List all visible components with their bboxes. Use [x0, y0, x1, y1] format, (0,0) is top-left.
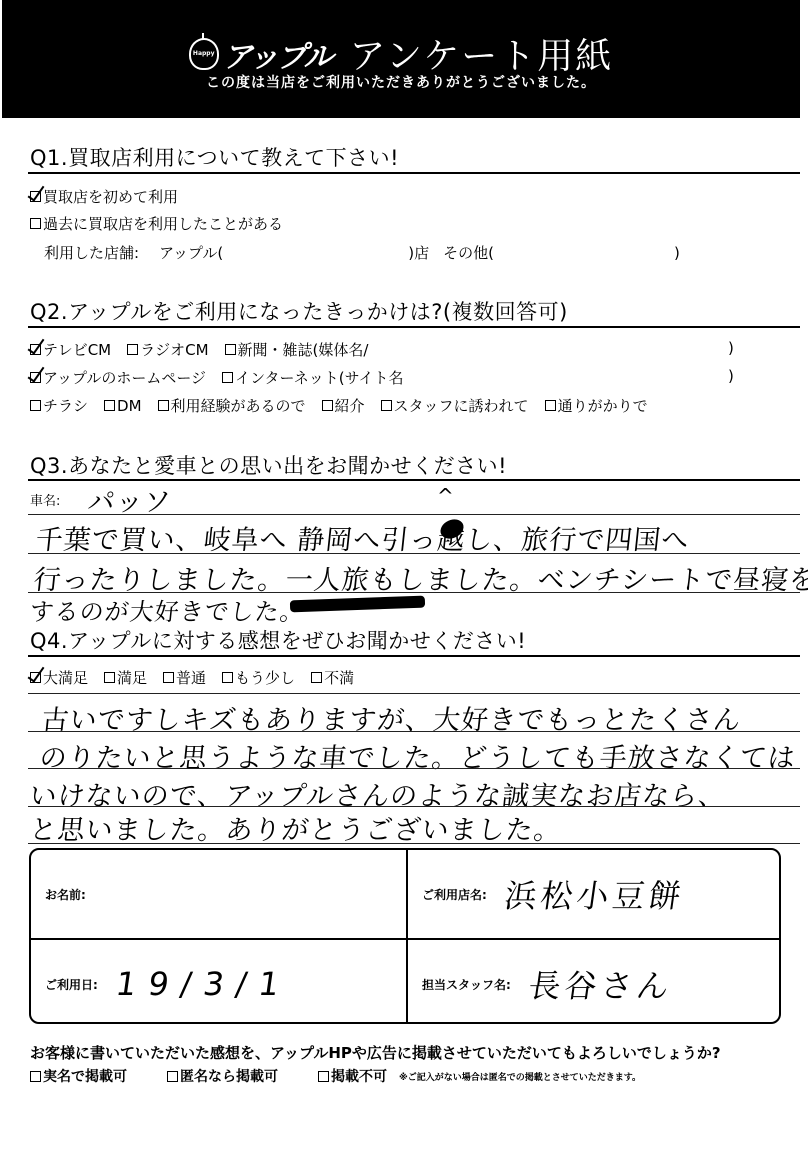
q4-options: 大満足 満足 普通 もう少し 不満	[30, 667, 370, 688]
option-label: 普通	[176, 667, 206, 688]
q4-line-0	[28, 693, 800, 694]
close-paren: )	[728, 367, 734, 385]
q1-store-line: 利用した店舗: アップル( )店 その他( )	[44, 242, 680, 263]
checkbox[interactable]	[225, 344, 236, 355]
date-cell[interactable]: ご利用日: 19/3/1	[31, 940, 406, 1028]
crossed-out-text	[290, 596, 425, 613]
q2-option-radio-cm[interactable]: ラジオCM	[127, 339, 208, 360]
apple-store-prefix: アップル(	[159, 242, 223, 263]
option-label: ラジオCM	[140, 339, 208, 360]
checkbox-checked[interactable]	[30, 672, 41, 683]
apple-logo: Happy アップル	[189, 32, 332, 76]
q4-option-dissatisfied[interactable]: 不満	[311, 667, 354, 688]
q3-answer-line-3[interactable]: するのが大好きでした。	[28, 592, 307, 627]
option-label: 実名で掲載可	[43, 1066, 127, 1086]
q2-option-experience[interactable]: 利用経験があるので	[158, 395, 306, 416]
checkbox[interactable]	[322, 400, 333, 411]
q2-option-internet[interactable]: インターネット(サイト名	[222, 367, 403, 388]
option-label: インターネット(サイト名	[235, 367, 403, 388]
option-label: スタッフに誘われて	[394, 395, 529, 416]
staff-cell[interactable]: 担当スタッフ名: 長谷さん	[408, 940, 783, 1028]
q2-option-staff[interactable]: スタッフに誘われて	[381, 395, 529, 416]
option-label: テレビCM	[43, 339, 111, 360]
q2-title: Q2.アップルをご利用になったきっかけは?(複数回答可)	[30, 296, 568, 326]
q2-option-newspaper[interactable]: 新聞・雑誌(媒体名/	[225, 339, 369, 360]
logo-text: アップル	[223, 32, 332, 76]
staff-label: 担当スタッフ名:	[422, 976, 511, 993]
date-label: ご利用日:	[45, 976, 98, 993]
q1-option-used-before[interactable]: 過去に買取店を利用したことがある	[30, 213, 283, 234]
option-label: チラシ	[43, 395, 88, 416]
other-store-prefix: その他(	[443, 242, 494, 263]
q4-line-2	[28, 768, 800, 769]
checkbox[interactable]	[222, 372, 233, 383]
checkbox[interactable]	[311, 672, 322, 683]
checkbox-checked[interactable]	[30, 344, 41, 355]
q4-answer-line-2[interactable]: のりたいと思うような車でした。どうしても手放さなくては	[38, 736, 798, 775]
q2-option-homepage[interactable]: アップルのホームページ	[30, 367, 206, 388]
close-paren: )	[728, 339, 734, 357]
q4-line-1	[28, 731, 800, 732]
other-store-suffix: )	[674, 244, 680, 262]
consent-options: 実名で掲載可 匿名なら掲載可 掲載不可 ※ご記入がない場合は匿名での掲載とさせて…	[30, 1066, 641, 1086]
q4-title: Q4.アップルに対する感想をぜひお聞かせください!	[30, 625, 526, 655]
q4-line-4	[28, 843, 800, 844]
option-label: 匿名なら掲載可	[180, 1066, 278, 1086]
store-value[interactable]: 浜松小豆餅	[502, 871, 688, 917]
q1-rule	[28, 172, 800, 174]
checkbox[interactable]	[30, 1071, 41, 1082]
q2-option-dm[interactable]: DM	[104, 397, 142, 415]
checkbox[interactable]	[104, 400, 115, 411]
q4-option-so-so[interactable]: もう少し	[222, 667, 295, 688]
consent-option-real-name[interactable]: 実名で掲載可	[30, 1066, 127, 1086]
staff-value[interactable]: 長谷さん	[526, 961, 676, 1007]
date-value[interactable]: 19/3/1	[113, 965, 293, 1003]
checkbox-checked[interactable]	[30, 372, 41, 383]
checkbox[interactable]	[30, 218, 41, 229]
q2-option-referral[interactable]: 紹介	[322, 395, 365, 416]
option-label: 利用経験があるので	[171, 395, 306, 416]
checkbox[interactable]	[381, 400, 392, 411]
q2-row-3: チラシ DM 利用経験があるので 紹介 スタッフに誘われて 通りがかりで	[30, 395, 664, 416]
consent-option-anonymous[interactable]: 匿名なら掲載可	[167, 1066, 278, 1086]
option-label: 大満足	[43, 667, 88, 688]
q4-rule	[28, 655, 800, 657]
q3-title: Q3.あなたと愛車との思い出をお聞かせください!	[30, 450, 507, 480]
checkbox[interactable]	[167, 1071, 178, 1082]
insert-mark: ^	[437, 484, 454, 508]
option-label: 紹介	[335, 395, 365, 416]
name-label: お名前:	[45, 886, 86, 903]
option-label: 新聞・雑誌(媒体名/	[238, 339, 369, 360]
option-label: 不満	[324, 667, 354, 688]
q2-option-tv-cm[interactable]: テレビCM	[30, 339, 111, 360]
option-label: 掲載不可	[331, 1066, 387, 1086]
checkbox-checked[interactable]	[30, 191, 41, 202]
q2-option-flyer[interactable]: チラシ	[30, 395, 88, 416]
checkbox[interactable]	[222, 672, 233, 683]
header-subtitle: この度は当店をご利用いただきありがとうございました。	[2, 72, 800, 92]
q2-option-passing-by[interactable]: 通りがかりで	[545, 395, 648, 416]
checkbox[interactable]	[163, 672, 174, 683]
consent-option-no-publish[interactable]: 掲載不可	[318, 1066, 387, 1086]
q2-rule	[28, 326, 800, 328]
q4-answer-line-4[interactable]: と思いました。ありがとうございました。	[28, 808, 564, 847]
survey-header: Happy アップル アンケート用紙 この度は当店をご利用いただきありがとうござ…	[2, 0, 800, 118]
customer-info-table: お名前: ご利用店名: 浜松小豆餅 ご利用日: 19/3/1 担当スタッフ名: …	[29, 848, 781, 1024]
q4-line-3	[28, 806, 800, 807]
q4-option-average[interactable]: 普通	[163, 667, 206, 688]
option-label: アップルのホームページ	[43, 367, 206, 388]
q2-row-2: アップルのホームページ インターネット(サイト名	[30, 367, 420, 388]
car-name-label: 車名:	[30, 490, 60, 509]
q1-option-first-time[interactable]: 買取店を初めて利用	[30, 186, 178, 207]
option-label: DM	[117, 397, 142, 415]
store-cell[interactable]: ご利用店名: 浜松小豆餅	[408, 850, 783, 938]
option-label: 通りがかりで	[558, 395, 648, 416]
q3-answer-line-1[interactable]: 千葉で買い、岐阜へ 静岡へ引っ越し、旅行で四国へ	[34, 518, 692, 557]
option-label: 買取店を初めて利用	[43, 186, 178, 207]
option-label: 過去に買取店を利用したことがある	[43, 213, 283, 234]
q4-option-very-satisfied[interactable]: 大満足	[30, 667, 88, 688]
q2-row-1: テレビCM ラジオCM 新聞・雑誌(媒体名/	[30, 339, 384, 360]
checkbox[interactable]	[545, 400, 556, 411]
q3-line-2	[28, 553, 800, 554]
q3-line-1	[28, 514, 800, 515]
checkbox[interactable]	[158, 400, 169, 411]
store-label: ご利用店名:	[422, 886, 487, 903]
q1-title: Q1.買取店利用について教えて下さい!	[30, 142, 399, 172]
consent-question: お客様に書いていただいた感想を、アップルHPや広告に掲載させていただいてもよろし…	[30, 1042, 721, 1063]
consent-note: ※ご記入がない場合は匿名での掲載とさせていただきます。	[399, 1070, 641, 1083]
checkbox[interactable]	[30, 400, 41, 411]
option-label: 満足	[117, 667, 147, 688]
checkbox[interactable]	[318, 1071, 329, 1082]
store-label: 利用した店舗:	[44, 242, 139, 263]
option-label: もう少し	[235, 667, 295, 688]
apple-icon: Happy	[189, 38, 219, 70]
checkbox[interactable]	[127, 344, 138, 355]
q4-option-satisfied[interactable]: 満足	[104, 667, 147, 688]
apple-store-suffix: )店	[408, 242, 429, 263]
checkbox[interactable]	[104, 672, 115, 683]
name-cell[interactable]: お名前:	[31, 850, 406, 938]
